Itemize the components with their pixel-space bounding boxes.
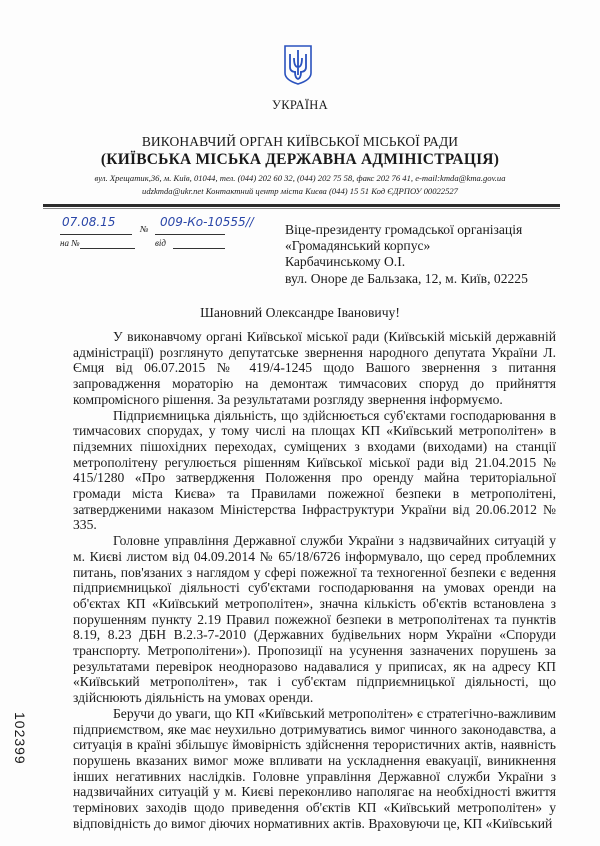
ukraine-trident-emblem-icon [284,45,312,85]
incoming-register-stamp: 102399 [12,712,28,772]
registration-number: 009-Ко-10555// [160,215,254,229]
body-paragraph: У виконавчому органі Київської міської р… [73,329,556,408]
registration-date: 07.08.15 [62,215,115,229]
reply-to-label: на № [60,238,80,248]
letterhead-contacts-address: вул. Хрещатик,36, м. Київ, 01044, тел. (… [0,173,600,183]
addressee-block: Віце-президенту громадської організація … [285,222,528,287]
addressee-title: Віце-президенту громадської організація [285,222,528,238]
body-paragraph: Підприємницька діяльність, що здійснюєть… [73,408,556,534]
registration-block: 07.08.15 009-Ко-10555// [60,215,260,233]
letterhead-divider-thin [43,208,560,209]
salutation: Шановний Олександре Івановичу! [0,305,600,321]
letter-page: УКРАЇНА ВИКОНАВЧИЙ ОРГАН КИЇВСЬКОЇ МІСЬК… [0,0,600,846]
reply-from-underline [173,248,225,249]
addressee-name: Карбачинському О.І. [285,254,528,270]
reply-from-label: від [155,238,166,248]
body-paragraph: Головне управління Державної служби Укра… [73,533,556,706]
number-underline [155,234,225,235]
letterhead-divider [43,204,560,207]
letterhead-contacts-extra: udzkmda@ukr.net Контактний центр міста К… [0,186,600,196]
number-label: № [140,224,149,234]
reply-to-underline [80,248,135,249]
letterhead-country: УКРАЇНА [0,98,600,113]
letter-body: У виконавчому органі Київської міської р… [73,329,556,832]
addressee-organization: «Громадянський корпус» [285,238,528,254]
date-underline [60,234,132,235]
letterhead-org-name: ВИКОНАВЧИЙ ОРГАН КИЇВСЬКОЇ МІСЬКОЇ РАДИ [0,134,600,150]
letterhead-org-subtitle: (КИЇВСЬКА МІСЬКА ДЕРЖАВНА АДМІНІСТРАЦІЯ) [0,151,600,169]
addressee-address: вул. Оноре де Бальзака, 12, м. Київ, 022… [285,271,528,287]
body-paragraph: Беручи до уваги, що КП «Київський метроп… [73,706,556,832]
